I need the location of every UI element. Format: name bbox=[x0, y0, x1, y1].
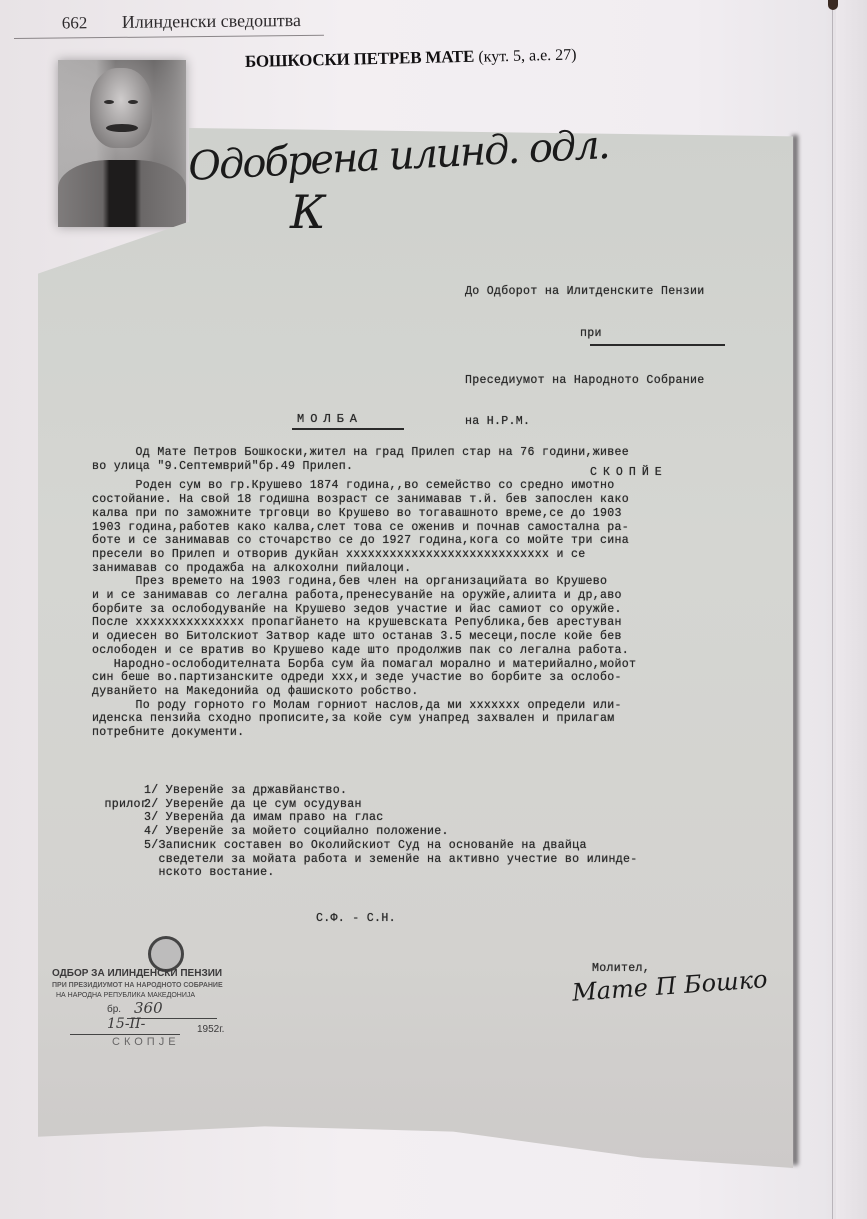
attachment-item: 2/ Уверенйе да це сум осудуван bbox=[144, 798, 638, 812]
body-line: син беше во.партизанските одреди xxx,и з… bbox=[92, 671, 636, 685]
attachments-label: прилог bbox=[105, 798, 149, 811]
body-line: и и се занимавав со легална работа,прене… bbox=[92, 589, 636, 603]
petition-body: Од Мате Петров Бошкоски,жител на град Пр… bbox=[92, 446, 636, 740]
attachment-item: нското востание. bbox=[144, 866, 638, 880]
stamp-year: 1952г. bbox=[197, 1024, 224, 1035]
address-line: Преседиумот на Народното Собрание bbox=[465, 374, 705, 388]
attachments-block: прилог 1/ Уверенйе за државйанство.2/ Ув… bbox=[90, 784, 148, 825]
attachment-item: 3/ Уверенйа да имам право на глас bbox=[144, 811, 638, 825]
body-line: Народно-ослободителната Борба сум йа пом… bbox=[92, 658, 636, 672]
attachment-item: 1/ Уверенйе за државйанство. bbox=[144, 784, 638, 798]
entry-heading: БОШКОСКИ ПЕТРЕВ МАТЕ (кут. 5, а.е. 27) bbox=[245, 44, 577, 72]
handwritten-mark: К bbox=[290, 185, 326, 239]
body-line: По роду горното го Молам горниот наслов,… bbox=[92, 699, 636, 713]
entry-name: БОШКОСКИ ПЕТРЕВ МАТЕ bbox=[245, 47, 475, 71]
typist-initials: С.Ф. - С.Н. bbox=[316, 912, 396, 926]
running-title: Илинденски сведоштва bbox=[122, 10, 301, 33]
stamp-line: НА НАРОДНА РЕПУБЛИКА МАКЕДОНИЈА bbox=[56, 992, 195, 999]
registry-stamp: ОДБОР ЗА ИЛИНДЕНСКИ ПЕНЗИИ ПРИ ПРЕЗИДИУМ… bbox=[52, 928, 292, 1053]
attachment-item: 4/ Уверенйе за мойето социйално положени… bbox=[144, 825, 638, 839]
body-line: През времето на 1903 година,бев член на … bbox=[92, 575, 636, 589]
body-line: калва при по заможните трговци во Крушев… bbox=[92, 507, 636, 521]
attachment-item: 5/Записник составен во Околийскиот Суд н… bbox=[144, 839, 638, 853]
body-line: боте и се занимавав со сточарство се до … bbox=[92, 534, 636, 548]
body-line: иденска пензийа сходно прописите,за койе… bbox=[92, 712, 636, 726]
stamp-city: СКОПЈЕ bbox=[112, 1036, 180, 1048]
stamp-date-rule bbox=[70, 1034, 180, 1035]
address-line: До Одборот на Илитденските Пензии bbox=[465, 285, 705, 299]
stamp-line: ПРИ ПРЕЗИДИУМОТ НА НАРОДНОТО СОБРАНИЕ bbox=[52, 982, 223, 989]
body-line: борбите за ослободуванйе на Крушево зедо… bbox=[92, 603, 636, 617]
attachment-item: сведетели за мойата работа и земенйе на … bbox=[144, 853, 638, 867]
body-line: Од Мате Петров Бошкоски,жител на град Пр… bbox=[92, 446, 636, 460]
book-page-edge bbox=[836, 0, 867, 1219]
body-line: занимавав со продажба на алкохолни пийал… bbox=[92, 562, 636, 576]
stamp-date: 15-II- bbox=[107, 1016, 145, 1032]
body-line: дуванйето на Македонийа од фашиското роб… bbox=[92, 685, 636, 699]
document-title: МОЛБА bbox=[297, 413, 363, 427]
portrait-photo bbox=[58, 60, 186, 227]
attachments-list: 1/ Уверенйе за државйанство.2/ Уверенйе … bbox=[144, 784, 638, 880]
address-line: на Н.Р.М. bbox=[465, 415, 705, 429]
body-line: После xxxxxxxxxxxxxxx пропагйането на кр… bbox=[92, 616, 636, 630]
body-line: 1903 година,работев како калва,слет това… bbox=[92, 521, 636, 535]
body-line: потребните документи. bbox=[92, 726, 636, 740]
stamp-number-label: бр. bbox=[107, 1004, 121, 1015]
body-line: и одиесен во Битолскиот Затвор каде што … bbox=[92, 630, 636, 644]
page-number: 662 bbox=[62, 13, 88, 33]
state-emblem-icon bbox=[148, 936, 184, 972]
running-header: 662 Илинденски сведоштва bbox=[14, 7, 324, 39]
body-line: состойание. На свой 18 годишна возраст с… bbox=[92, 493, 636, 507]
address-line: при bbox=[465, 327, 705, 341]
body-line: Роден сум во гр.Крушево 1874 година,,во … bbox=[92, 479, 636, 493]
body-line: пресели во Прилеп и отворив дукйан xxxxx… bbox=[92, 548, 636, 562]
body-line: во улица "9.Септемврий"бр.49 Прилеп. bbox=[92, 460, 636, 474]
stamp-number: 360 bbox=[134, 999, 163, 1017]
book-gutter-line bbox=[832, 0, 833, 1219]
stamp-line: ОДБОР ЗА ИЛИНДЕНСКИ ПЕНЗИИ bbox=[52, 968, 222, 979]
body-line: ослободен и се вратив во Крушево каде шт… bbox=[92, 644, 636, 658]
bookmark-ribbon bbox=[828, 0, 838, 10]
city-underline bbox=[590, 344, 725, 346]
title-underline bbox=[292, 428, 404, 430]
entry-reference: (кут. 5, а.е. 27) bbox=[478, 46, 577, 65]
